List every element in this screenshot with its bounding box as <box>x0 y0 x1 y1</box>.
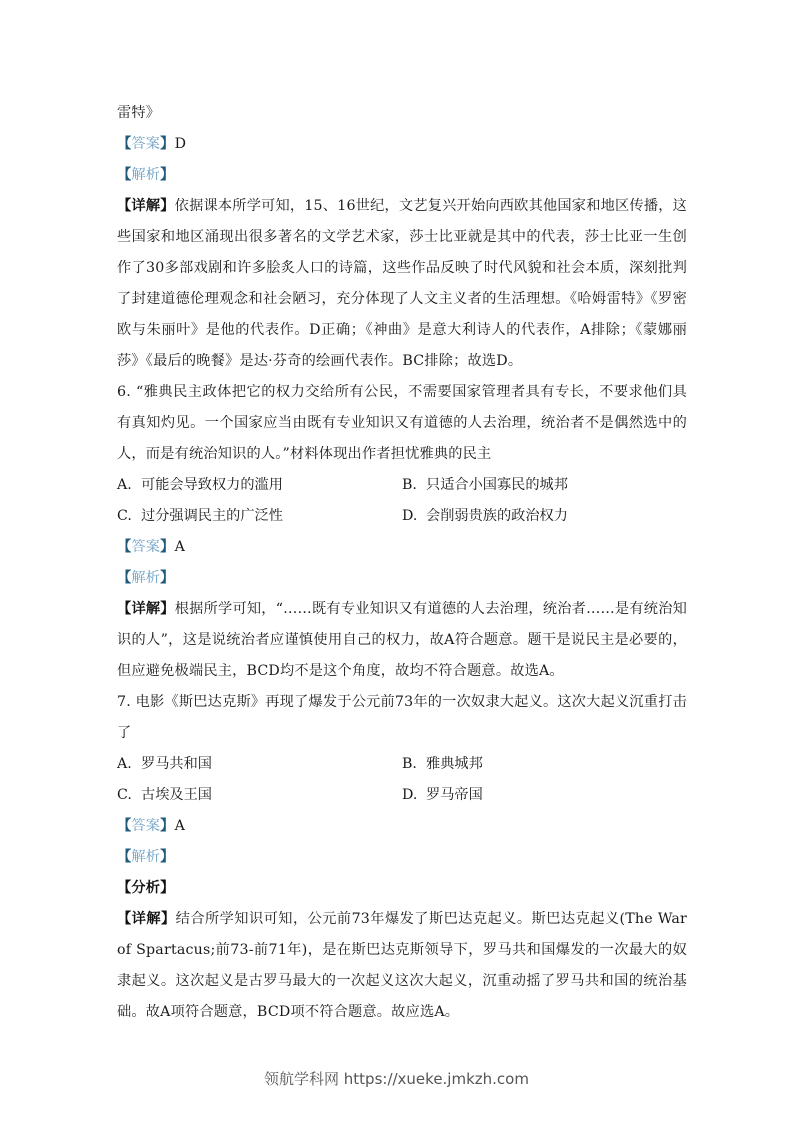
q5-analysis-line: 【解析】 <box>117 160 687 191</box>
q6-option-d: D.会削弱贵族的政治权力 <box>402 501 687 532</box>
q7-answer-line: 【答案】A <box>117 811 687 842</box>
q7-option-a: A.罗马共和国 <box>117 749 402 780</box>
q6-options-row-1: A.可能会导致权力的滥用 B.只适合小国寡民的城邦 <box>117 470 687 501</box>
carryover-text: 雷特》 <box>117 98 687 129</box>
q6-option-a: A.可能会导致权力的滥用 <box>117 470 402 501</box>
q7-option-d: D.罗马帝国 <box>402 780 687 811</box>
q6-analysis-line: 【解析】 <box>117 563 687 594</box>
bracket-open: 【 <box>117 818 131 834</box>
q7-detail: 【详解】结合所学知识可知，公元前73年爆发了斯巴达克起义。斯巴达克起义(The … <box>117 904 687 1028</box>
q5-detail-text: 依据课本所学可知，15、16世纪，文艺复兴开始向西欧其他国家和地区传播，这些国家… <box>117 198 687 369</box>
q7-analysis-line: 【解析】 <box>117 842 687 873</box>
analysis-label: 解析 <box>131 167 160 183</box>
analysis-label: 解析 <box>131 849 160 865</box>
detail-tag: 【详解】 <box>117 198 175 214</box>
bracket-close: 】 <box>160 136 174 152</box>
bracket-open: 【 <box>117 167 131 183</box>
q7-stem: 7. 电影《斯巴达克斯》再现了爆发于公元前73年的一次奴隶大起义。这次大起义沉重… <box>117 687 687 749</box>
analysis-label: 解析 <box>131 570 160 586</box>
q5-detail: 【详解】依据课本所学可知，15、16世纪，文艺复兴开始向西欧其他国家和地区传播，… <box>117 191 687 377</box>
answer-label: 答案 <box>131 818 160 834</box>
q7-option-c: C.古埃及王国 <box>117 780 402 811</box>
q6-stem: 6. “雅典民主政体把它的权力交给所有公民，不需要国家管理者具有专长，不要求他们… <box>117 377 687 470</box>
q7-detail-text: 结合所学知识可知，公元前73年爆发了斯巴达克起义。斯巴达克起义(The War … <box>117 911 687 1020</box>
q7-options-row-2: C.古埃及王国 D.罗马帝国 <box>117 780 687 811</box>
q6-detail-text: 根据所学可知，“……既有专业知识又有道德的人去治理，统治者……是有统治知识的人”… <box>117 601 687 679</box>
bracket-open: 【 <box>117 136 131 152</box>
footer-watermark: 领航学科网 https://xueke.jmkzh.com <box>0 1068 793 1089</box>
detail-tag: 【详解】 <box>117 601 175 617</box>
answer-value: A <box>175 539 185 555</box>
bracket-close: 】 <box>160 818 174 834</box>
bracket-close: 】 <box>160 539 174 555</box>
q6-detail: 【详解】根据所学可知，“……既有专业知识又有道德的人去治理，统治者……是有统治知… <box>117 594 687 687</box>
bracket-close: 】 <box>160 849 174 865</box>
fenxi-tag: 【分析】 <box>117 880 175 896</box>
q7-fenxi-line: 【分析】 <box>117 873 687 904</box>
answer-value: A <box>175 818 185 834</box>
answer-label: 答案 <box>131 136 160 152</box>
answer-value: D <box>175 136 187 152</box>
detail-tag: 【详解】 <box>117 911 176 927</box>
answer-label: 答案 <box>131 539 160 555</box>
bracket-open: 【 <box>117 849 131 865</box>
q7-option-b: B.雅典城邦 <box>402 749 687 780</box>
document-page: 雷特》 【答案】D 【解析】 【详解】依据课本所学可知，15、16世纪，文艺复兴… <box>117 98 687 1028</box>
bracket-close: 】 <box>160 570 174 586</box>
q6-option-b: B.只适合小国寡民的城邦 <box>402 470 687 501</box>
bracket-close: 】 <box>160 167 174 183</box>
q6-option-c: C.过分强调民主的广泛性 <box>117 501 402 532</box>
q5-answer-line: 【答案】D <box>117 129 687 160</box>
bracket-open: 【 <box>117 539 131 555</box>
bracket-open: 【 <box>117 570 131 586</box>
q6-answer-line: 【答案】A <box>117 532 687 563</box>
q6-options-row-2: C.过分强调民主的广泛性 D.会削弱贵族的政治权力 <box>117 501 687 532</box>
q7-options-row-1: A.罗马共和国 B.雅典城邦 <box>117 749 687 780</box>
